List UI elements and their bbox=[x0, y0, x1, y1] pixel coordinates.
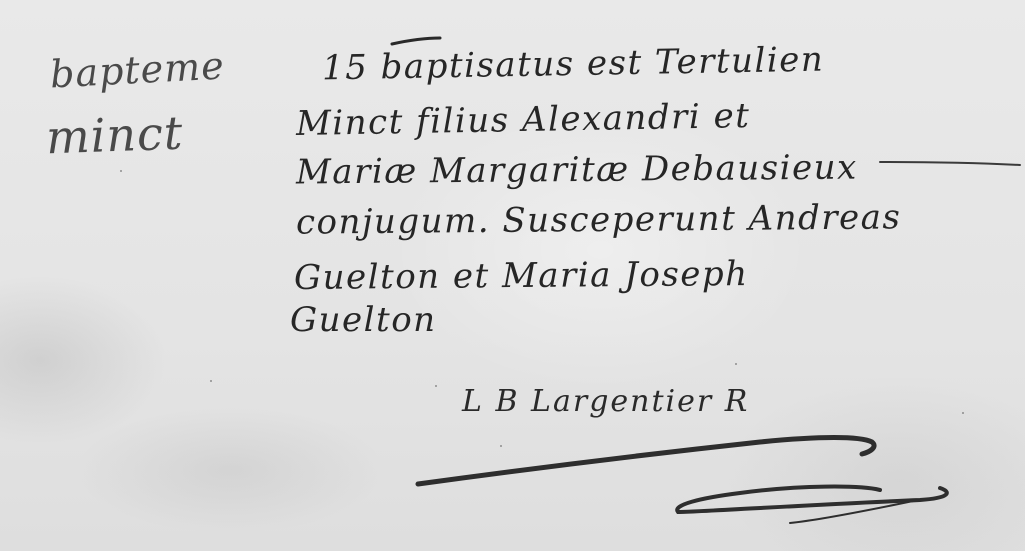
entry-line-1: 15 baptisatus est Tertulien bbox=[322, 40, 825, 89]
margin-note-surname: minct bbox=[45, 106, 184, 165]
entry-line-5: Guelton et Maria Joseph bbox=[294, 254, 749, 298]
paper-speck bbox=[435, 385, 437, 387]
entry-line-6: Guelton bbox=[290, 300, 437, 340]
margin-note-bapteme: bapteme bbox=[49, 43, 226, 96]
paper-speck bbox=[735, 363, 737, 365]
entry-line-3: Mariæ Margaritæ Debausieux bbox=[296, 148, 858, 193]
paper-speck bbox=[962, 412, 964, 414]
document-page: bapteme minct 15 baptisatus est Tertulie… bbox=[0, 0, 1025, 551]
priest-signature: L B Largentier R bbox=[462, 384, 749, 419]
entry-line-2: Minct filius Alexandri et bbox=[296, 96, 751, 144]
paper-speck bbox=[210, 380, 212, 382]
paper-speck bbox=[500, 445, 502, 447]
entry-line-4: conjugum. Susceperunt Andreas bbox=[296, 197, 902, 242]
paper-speck bbox=[120, 170, 122, 172]
